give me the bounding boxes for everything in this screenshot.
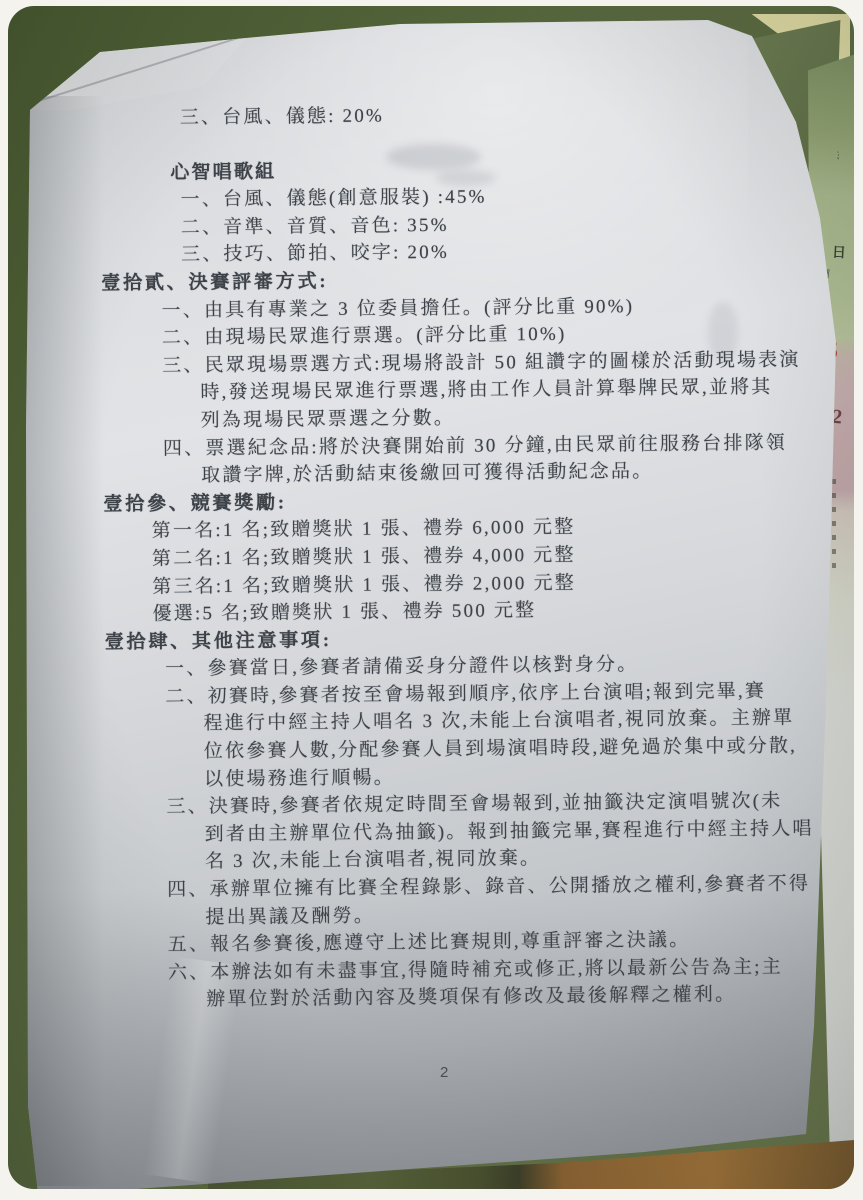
document-lines: 三、台風、儀態: 20%心智唱歌組一、台風、儀態(創意服裝) :45%二、音準、… (32, 98, 841, 1016)
photo-frame: ··- 日 ‖ 5 2 三、台風、儀態: 20%心智唱歌組一、台風、儀態(創意服… (0, 0, 863, 1200)
strip-illegible-text-dots (832, 479, 836, 569)
strip-glyph-day: 日 (831, 242, 846, 263)
page-number: 2 (440, 1064, 448, 1081)
doc-line: 三、台風、儀態: 20% (180, 98, 832, 132)
document-paper: 三、台風、儀態: 20%心智唱歌組一、台風、儀態(創意服裝) :45%二、音準、… (8, 6, 854, 1189)
strip-tiny-marks: ··- (833, 150, 844, 161)
photo-of-document: ··- 日 ‖ 5 2 三、台風、儀態: 20%心智唱歌組一、台風、儀態(創意服… (8, 6, 854, 1189)
